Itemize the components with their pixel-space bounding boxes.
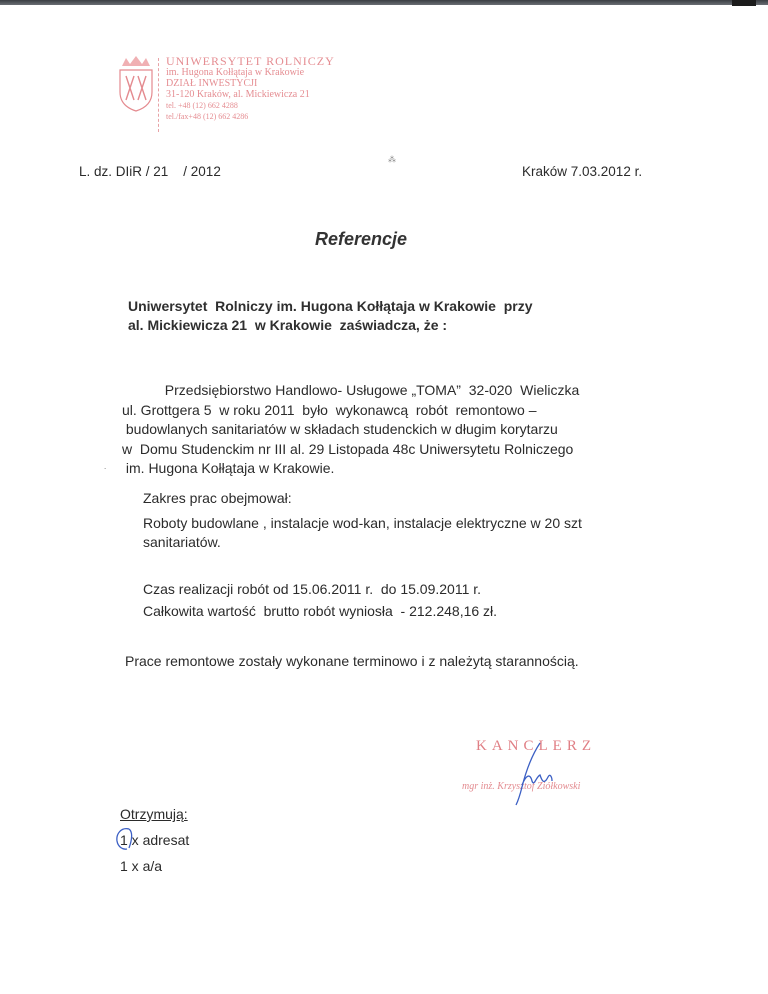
- scan-speck: .: [104, 462, 106, 471]
- closing-statement: Prace remontowe zostały wykonane termino…: [125, 653, 579, 669]
- scope-label: Zakres prac obejmował:: [143, 487, 292, 509]
- stamp-line: tel. +48 (12) 662 4288: [166, 100, 335, 111]
- scope-line: Roboty budowlane , instalacje wod-kan, i…: [143, 514, 582, 533]
- intro-line: al. Mickiewicza 21 w Krakowie zaświadcza…: [128, 316, 533, 335]
- body-paragraph: Przedsiębiorstwo Handlowo- Usługowe „TOM…: [122, 381, 579, 479]
- handwritten-signature-icon: [512, 741, 572, 807]
- stamp-line: 31-120 Kraków, al. Mickiewicza 21: [166, 89, 335, 100]
- stamp-line: UNIWERSYTET ROLNICZY: [166, 56, 335, 67]
- intro-line: Uniwersytet Rolniczy im. Hugona Kołłątaj…: [128, 297, 533, 316]
- timeline: Czas realizacji robót od 15.06.2011 r. d…: [143, 578, 497, 622]
- period-line: Czas realizacji robót od 15.06.2011 r. d…: [143, 578, 497, 600]
- body-line: Przedsiębiorstwo Handlowo- Usługowe „TOM…: [122, 381, 579, 401]
- place-date: Kraków 7.03.2012 r.: [522, 164, 642, 179]
- body-line: ul. Grottgera 5 w roku 2011 było wykonaw…: [122, 401, 579, 421]
- recipient-item: 1 x a/a: [120, 858, 162, 874]
- scan-mark: ⁂: [388, 155, 396, 164]
- document-title: Referencje: [315, 229, 407, 250]
- scope-line: sanitariatów.: [143, 533, 582, 552]
- scan-corner: [732, 0, 756, 6]
- signature-block: KANCLERZ mgr inż. Krzysztof Ziółkowski: [450, 735, 630, 810]
- scope-details: Roboty budowlane , instalacje wod-kan, i…: [143, 514, 582, 552]
- handwritten-circle-icon: [113, 826, 139, 852]
- scan-top-edge: [0, 0, 768, 5]
- value-line: Całkowita wartość brutto robót wyniosła …: [143, 600, 497, 622]
- stamp-line: tel./fax+48 (12) 662 4286: [166, 111, 335, 122]
- recipients-label: Otrzymują:: [120, 806, 188, 822]
- stamp-divider: [158, 58, 159, 132]
- reference-number: L. dz. DIiR / 21 / 2012: [79, 164, 221, 179]
- stamp-line: im. Hugona Kołłątaja w Krakowie: [166, 67, 335, 78]
- intro-statement: Uniwersytet Rolniczy im. Hugona Kołłątaj…: [128, 297, 533, 335]
- body-line: w Domu Studenckim nr III al. 29 Listopad…: [122, 440, 579, 460]
- crest-icon: [116, 54, 156, 112]
- stamp-line: DZIAŁ INWESTYCJI: [166, 78, 335, 89]
- institution-stamp: UNIWERSYTET ROLNICZY im. Hugona Kołłątaj…: [116, 54, 356, 134]
- body-line: budowlanych sanitariatów w składach stud…: [122, 420, 579, 440]
- body-line: im. Hugona Kołłątaja w Krakowie.: [122, 459, 579, 479]
- stamp-text: UNIWERSYTET ROLNICZY im. Hugona Kołłątaj…: [166, 56, 335, 122]
